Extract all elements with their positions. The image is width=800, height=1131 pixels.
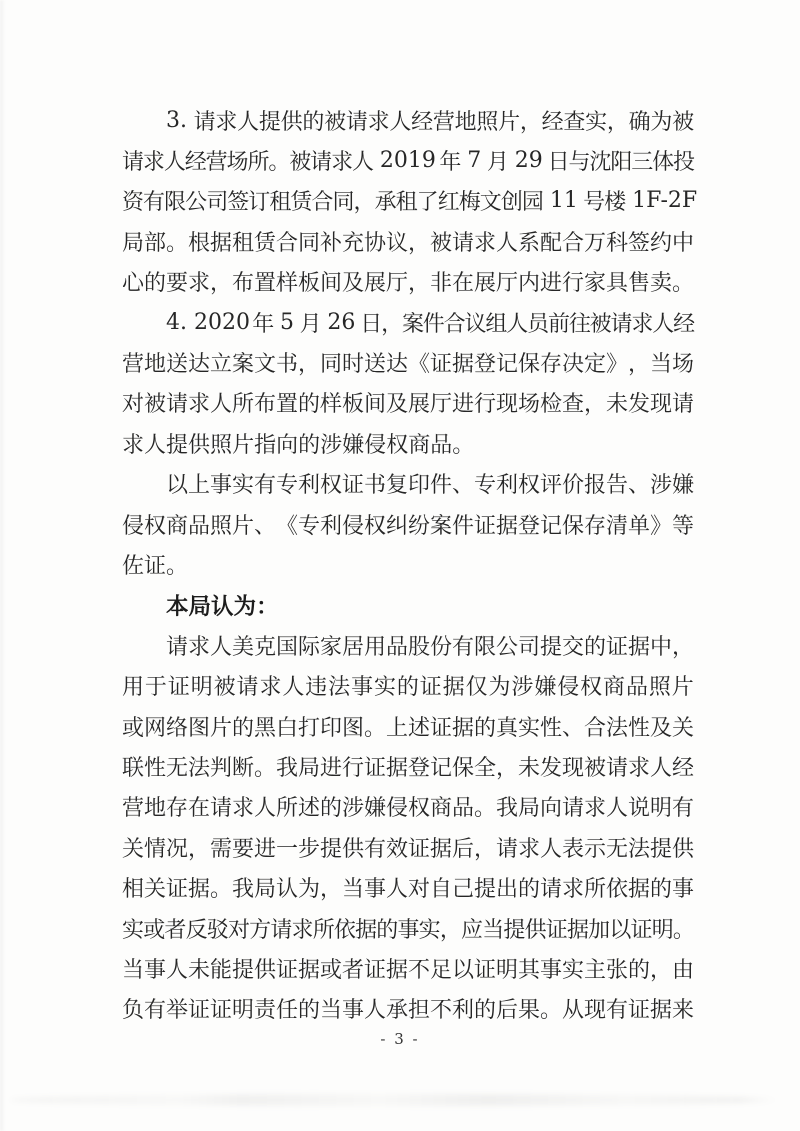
glyph: 保: [452, 751, 474, 782]
glyph: 佐: [122, 549, 144, 580]
glyph: 有: [364, 832, 386, 863]
glyph: 权: [518, 468, 540, 499]
glyph: 日: [548, 145, 569, 176]
glyph: 投: [673, 145, 694, 176]
glyph: 事: [351, 670, 373, 701]
glyph: 中: [672, 226, 694, 257]
glyph: 存: [166, 791, 188, 822]
glyph: 认: [276, 872, 298, 903]
glyph: 未: [606, 387, 628, 418]
glyph: 请: [606, 751, 628, 782]
glyph: 评: [540, 468, 562, 499]
glyph: 。: [268, 145, 289, 176]
glyph: 人: [166, 953, 188, 984]
glyph: 及: [342, 266, 364, 297]
glyph: 及: [386, 387, 408, 418]
glyph: 证: [420, 670, 442, 701]
glyph: 商: [408, 428, 430, 459]
text-line: 用于证明被请求人违法事实的证据仅为涉嫌侵权商品照片: [122, 665, 694, 705]
glyph: 商: [166, 509, 188, 540]
glyph: 科: [606, 226, 628, 257]
glyph: 万: [584, 226, 606, 257]
glyph: 法: [606, 711, 628, 742]
glyph: 的: [474, 993, 496, 1024]
glyph: 请: [346, 105, 368, 136]
glyph: 有: [672, 791, 694, 822]
glyph: 自: [430, 872, 452, 903]
glyph: 以: [609, 913, 630, 944]
text-line: 佐证。: [122, 544, 694, 584]
glyph: 公: [185, 185, 206, 216]
glyph: 现: [584, 993, 606, 1024]
glyph: 局: [254, 872, 276, 903]
glyph: 其: [518, 953, 540, 984]
text-line: 3. 请求人提供的被请求人经营地照片，经查实，确为被: [122, 100, 694, 140]
glyph: 请: [237, 670, 259, 701]
glyph: 人: [364, 993, 386, 1024]
glyph: 创: [501, 185, 522, 216]
glyph: 售: [628, 266, 650, 297]
glyph: 求: [628, 751, 650, 782]
glyph: ，: [210, 266, 232, 297]
glyph: 利: [320, 509, 342, 540]
glyph: 行: [562, 266, 584, 297]
glyph: 阳: [610, 145, 631, 176]
glyph: 案: [402, 307, 423, 338]
glyph: 7: [460, 148, 487, 173]
glyph: 部: [144, 226, 166, 257]
glyph: 进: [452, 387, 474, 418]
glyph: 样: [320, 387, 342, 418]
glyph: 据: [298, 953, 320, 984]
glyph: 或: [320, 953, 342, 984]
glyph: 份: [430, 630, 452, 661]
glyph: 举: [166, 993, 188, 1024]
glyph: 要: [232, 832, 254, 863]
glyph: 的: [302, 105, 324, 136]
glyph: 心: [122, 266, 144, 297]
glyph: 营: [433, 105, 455, 136]
glyph: 事: [397, 913, 418, 944]
glyph: 订: [248, 185, 269, 216]
glyph: 布: [254, 387, 276, 418]
glyph: 品: [626, 670, 648, 701]
glyph: 板: [298, 266, 320, 297]
glyph: 印: [320, 711, 342, 742]
glyph: 据: [628, 630, 650, 661]
text-line: 4. 2020 年 5 月 26 日，案件合议组人员前往被请求人经: [122, 302, 694, 342]
glyph: 克: [254, 630, 276, 661]
glyph: 29: [508, 148, 548, 173]
glyph: 据: [430, 832, 452, 863]
glyph: 商: [430, 791, 452, 822]
glyph: 地: [144, 791, 166, 822]
glyph: 证: [430, 347, 452, 378]
glyph: 品: [452, 791, 474, 822]
glyph: 人: [650, 751, 672, 782]
glyph: 当: [320, 993, 342, 1024]
glyph: 据: [386, 953, 408, 984]
glyph: 明: [496, 953, 518, 984]
glyph: 《: [276, 509, 298, 540]
glyph: 存: [584, 509, 606, 540]
text-line: 请求人经营场所。被请求人 2019 年 7 月 29 日与沈阳三体投: [122, 140, 694, 180]
glyph: 厅: [496, 266, 518, 297]
text-line: 请求人美克国际家居用品股份有限公司提交的证据中，: [122, 625, 694, 665]
glyph: 者: [164, 913, 185, 944]
glyph: 日: [360, 307, 381, 338]
glyph: 未: [518, 751, 540, 782]
glyph: 人: [496, 226, 518, 257]
glyph: 人: [144, 428, 166, 459]
glyph: 根: [188, 226, 210, 257]
glyph: 后: [452, 832, 474, 863]
glyph: 合: [562, 226, 584, 257]
glyph: 充: [342, 226, 364, 257]
glyph: 被: [584, 751, 606, 782]
glyph: 有: [144, 993, 166, 1024]
glyph: 承: [375, 185, 396, 216]
glyph: 当: [482, 913, 503, 944]
glyph: 责: [254, 993, 276, 1024]
glyph: 营: [206, 145, 227, 176]
glyph: 的: [298, 387, 320, 418]
glyph: 为: [489, 670, 511, 701]
glyph: 合: [444, 307, 465, 338]
glyph: 提: [650, 832, 672, 863]
glyph: 张: [606, 953, 628, 984]
glyph: 驳: [207, 913, 228, 944]
glyph: 求: [474, 226, 496, 257]
glyph: ，: [628, 347, 650, 378]
glyph: 经: [411, 105, 433, 136]
glyph: 》: [650, 509, 672, 540]
glyph: 议: [386, 226, 408, 257]
glyph: 补: [320, 226, 342, 257]
glyph: 权: [580, 670, 602, 701]
glyph: 板: [342, 387, 364, 418]
glyph: 。: [540, 993, 562, 1024]
glyph: 出: [496, 872, 518, 903]
glyph: 承: [386, 993, 408, 1024]
glyph: 明: [652, 913, 673, 944]
glyph: 后: [496, 993, 518, 1024]
glyph: 片: [232, 428, 254, 459]
glyph: 复: [386, 468, 408, 499]
glyph: 局: [122, 226, 144, 257]
glyph: ，: [320, 872, 342, 903]
glyph: 照: [210, 428, 232, 459]
glyph: 国: [276, 630, 298, 661]
glyph: 记: [496, 347, 518, 378]
text-line: 关情况，需要进一步提供有效证据后，请求人表示无法提供: [122, 827, 694, 867]
glyph: 侵: [557, 670, 579, 701]
glyph: ，: [650, 953, 672, 984]
glyph: 的: [298, 993, 320, 1024]
glyph: 非: [430, 266, 452, 297]
glyph: 营: [122, 347, 144, 378]
glyph: 赁: [254, 226, 276, 257]
glyph: 际: [298, 630, 320, 661]
glyph: 权: [364, 509, 386, 540]
glyph: 足: [430, 953, 452, 984]
glyph: 向: [276, 428, 298, 459]
glyph: 加: [588, 913, 609, 944]
glyph: 被: [289, 145, 310, 176]
glyph: 据: [355, 913, 376, 944]
glyph: 约: [650, 226, 672, 257]
glyph: 涉: [342, 791, 364, 822]
glyph: 限: [164, 185, 185, 216]
glyph: 。: [210, 872, 232, 903]
glyph: 股: [408, 630, 430, 661]
glyph: 求: [518, 832, 540, 863]
glyph: 证: [188, 993, 210, 1024]
glyph: 求: [331, 145, 352, 176]
glyph: 求: [188, 630, 210, 661]
glyph: 证: [342, 468, 364, 499]
glyph: 需: [210, 832, 232, 863]
glyph: 求: [259, 670, 281, 701]
glyph: 当: [650, 347, 672, 378]
glyph: 不: [408, 953, 430, 984]
glyph: 求: [188, 387, 210, 418]
glyph: 提: [474, 872, 496, 903]
glyph: 文: [254, 347, 276, 378]
glyph: 地: [455, 105, 477, 136]
glyph: 在: [188, 791, 210, 822]
glyph: 无: [606, 832, 628, 863]
glyph: 证: [474, 953, 496, 984]
glyph: 求: [122, 428, 144, 459]
scan-left-edge-artifact: [0, 0, 5, 1131]
glyph: 《: [408, 347, 430, 378]
glyph: 人: [210, 630, 232, 661]
glyph: 及: [650, 711, 672, 742]
glyph: 、: [562, 711, 584, 742]
glyph: 品: [386, 630, 408, 661]
glyph: 实: [419, 913, 440, 944]
glyph: 嫌: [342, 428, 364, 459]
glyph: 同: [332, 185, 353, 216]
glyph: 求: [292, 913, 313, 944]
glyph: 人: [389, 105, 411, 136]
glyph: 供: [188, 428, 210, 459]
glyph: 楼: [604, 185, 625, 216]
glyph: 场: [518, 387, 540, 418]
glyph: 3.: [166, 108, 194, 133]
glyph: 反: [186, 913, 207, 944]
glyph: ，: [408, 226, 430, 257]
glyph: 间: [320, 266, 342, 297]
glyph: 品: [188, 509, 210, 540]
glyph: ，: [672, 630, 694, 661]
glyph: 26: [320, 310, 360, 335]
glyph: 局: [189, 589, 212, 621]
glyph: 现: [562, 751, 584, 782]
glyph: 述: [408, 711, 430, 742]
glyph: 利: [452, 993, 474, 1024]
glyph: 证: [408, 832, 430, 863]
glyph: 价: [562, 468, 584, 499]
glyph: 请: [166, 630, 188, 661]
glyph: 被: [214, 670, 236, 701]
glyph: 前: [548, 307, 569, 338]
glyph: 月: [487, 145, 508, 176]
glyph: 我: [496, 791, 518, 822]
glyph: 内: [518, 266, 540, 297]
glyph: 事: [342, 993, 364, 1024]
glyph: 案: [430, 509, 452, 540]
glyph: 图: [188, 711, 210, 742]
glyph: 明: [191, 670, 213, 701]
glyph: 者: [342, 953, 364, 984]
glyph: 请: [496, 832, 518, 863]
glyph: 照: [476, 105, 498, 136]
glyph: 品: [430, 428, 452, 459]
glyph: 局: [518, 791, 540, 822]
glyph: 涉: [320, 428, 342, 459]
glyph: 法: [328, 670, 350, 701]
glyph: 性: [144, 751, 166, 782]
glyph: 未: [188, 953, 210, 984]
glyph: 纠: [386, 509, 408, 540]
glyph: 据: [210, 226, 232, 257]
glyph: 实: [122, 913, 143, 944]
glyph: 同: [320, 347, 342, 378]
glyph: 人: [352, 145, 373, 176]
glyph: 人: [282, 670, 304, 701]
text-line: 营地存在请求人所述的涉嫌侵权商品。我局向请求人说明有: [122, 787, 694, 827]
glyph: 专: [276, 468, 298, 499]
glyph: 经: [672, 751, 694, 782]
glyph: 由: [672, 953, 694, 984]
glyph: 人: [254, 791, 276, 822]
glyph: 被: [324, 105, 346, 136]
glyph: 提: [503, 913, 524, 944]
glyph: 证: [606, 630, 628, 661]
glyph: 来: [672, 993, 694, 1024]
glyph: 现: [650, 387, 672, 418]
glyph: 经: [673, 307, 694, 338]
glyph: 为: [650, 105, 672, 136]
glyph: 厅: [430, 387, 452, 418]
glyph: 求: [232, 791, 254, 822]
glyph: 证: [628, 993, 650, 1024]
glyph: 的: [628, 953, 650, 984]
glyph: 进: [320, 751, 342, 782]
glyph: 印: [408, 468, 430, 499]
glyph: 的: [518, 872, 540, 903]
glyph: 场: [227, 145, 248, 176]
glyph: 事: [144, 953, 166, 984]
glyph: 求: [584, 791, 606, 822]
glyph: 供: [342, 832, 364, 863]
glyph: 方: [249, 913, 270, 944]
glyph: 上: [188, 468, 210, 499]
glyph: 违: [305, 670, 327, 701]
glyph: ，: [607, 105, 629, 136]
scan-bottom-smudge-artifact: [10, 1094, 780, 1106]
glyph: 家: [584, 266, 606, 297]
glyph: 断: [232, 751, 254, 782]
glyph: 的: [474, 711, 496, 742]
glyph: 行: [342, 751, 364, 782]
glyph: 现: [496, 387, 518, 418]
glyph: 据: [650, 993, 672, 1024]
glyph: 从: [562, 993, 584, 1024]
text-line: 资有限公司签订租赁合同，承租了红梅文创园 11 号楼 1F-2F: [122, 181, 694, 221]
glyph: 件: [430, 468, 452, 499]
glyph: 实: [374, 670, 396, 701]
glyph: ，: [584, 387, 606, 418]
glyph: 登: [408, 751, 430, 782]
glyph: 权: [408, 791, 430, 822]
glyph: 存: [540, 347, 562, 378]
glyph: 保: [562, 509, 584, 540]
glyph: 梅: [459, 185, 480, 216]
glyph: 本: [166, 589, 189, 621]
glyph: 文: [480, 185, 501, 216]
glyph: 合: [584, 711, 606, 742]
glyph: 送: [364, 347, 386, 378]
glyph: 请: [310, 145, 331, 176]
glyph: 明: [232, 993, 254, 1024]
text-line: 负有举证证明责任的当事人承担不利的后果。从现有证据来: [122, 989, 694, 1029]
glyph: 依: [606, 872, 628, 903]
glyph: 月: [300, 307, 321, 338]
glyph: 或: [122, 711, 144, 742]
glyph: 决: [562, 347, 584, 378]
glyph: 1F-2F: [625, 188, 694, 213]
glyph: 所: [313, 913, 334, 944]
glyph: 我: [276, 751, 298, 782]
glyph: 居: [342, 630, 364, 661]
glyph: 的: [650, 872, 672, 903]
glyph: 关: [122, 832, 144, 863]
glyph: 具: [606, 266, 628, 297]
glyph: 。: [254, 751, 276, 782]
text-line: 求人提供照片指向的涉嫌侵权商品。: [122, 423, 694, 463]
glyph: 供: [525, 913, 546, 944]
glyph: 人: [386, 872, 408, 903]
glyph: 证: [430, 711, 452, 742]
glyph: 的: [144, 266, 166, 297]
glyph: 布: [232, 266, 254, 297]
glyph: 证: [144, 549, 166, 580]
glyph: 情: [144, 832, 166, 863]
glyph: 对: [122, 387, 144, 418]
glyph: 事: [540, 953, 562, 984]
glyph: 嫌: [534, 670, 556, 701]
glyph: 负: [122, 993, 144, 1024]
glyph: ，: [440, 913, 461, 944]
glyph: 人: [506, 307, 527, 338]
glyph: 厅: [386, 266, 408, 297]
glyph: 据: [443, 670, 465, 701]
glyph: 联: [122, 751, 144, 782]
glyph: 片: [210, 711, 232, 742]
glyph: 资: [122, 185, 143, 216]
glyph: 往: [569, 307, 590, 338]
section-heading-line: 本局认为：: [122, 585, 694, 625]
glyph: 。: [672, 266, 694, 297]
glyph: 事: [210, 468, 232, 499]
glyph: 确: [629, 105, 651, 136]
glyph: 步: [298, 832, 320, 863]
glyph: 实: [518, 711, 540, 742]
glyph: 提: [232, 953, 254, 984]
